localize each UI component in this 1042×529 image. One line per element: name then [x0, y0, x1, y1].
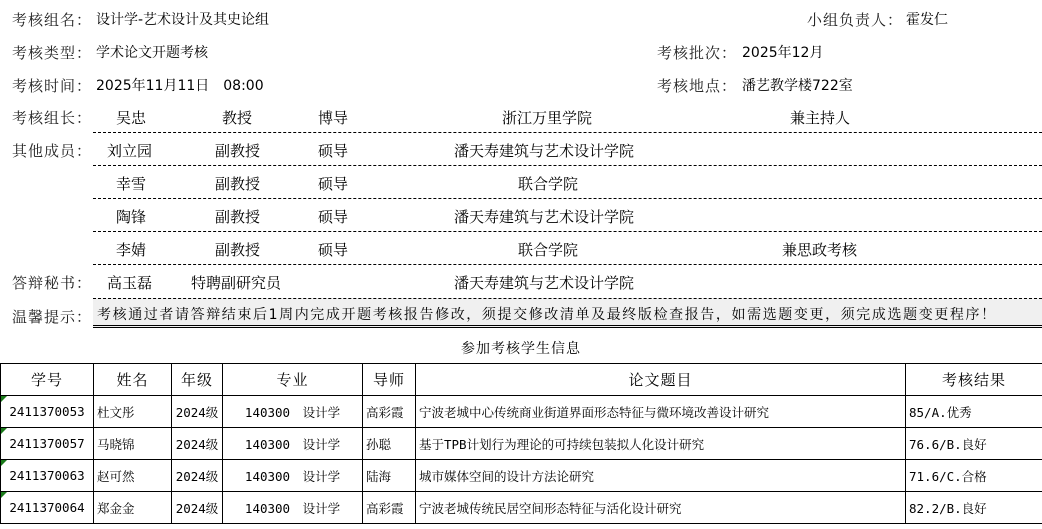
column-header-advisor: 导师	[363, 364, 416, 396]
column-header-result: 考核结果	[906, 364, 1042, 396]
student-thesis-cell[interactable]: 宁波老城中心传统商业街道界面形态特征与微环境改善设计研究	[416, 396, 906, 428]
member-college: 浙江万里学院	[502, 107, 592, 128]
student-thesis-cell[interactable]: 基于TPB计划行为理论的可持续包装拟人化设计研究	[416, 428, 906, 460]
member-note: 兼主持人	[790, 107, 850, 128]
student-grade-cell[interactable]: 2024级	[172, 428, 223, 460]
type-value: 学术论文开题考核	[96, 42, 208, 62]
student-major-cell[interactable]: 140300 设计学	[223, 492, 363, 524]
member-name: 高玉磊	[107, 272, 152, 293]
tip-label: 温馨提示：	[12, 306, 92, 327]
student-name-cell[interactable]: 杜文彤	[94, 396, 172, 428]
member-college: 联合学院	[518, 173, 578, 194]
student-advisor-cell[interactable]: 高彩霞	[363, 396, 416, 428]
student-result-cell[interactable]: 76.6/B.良好	[906, 428, 1042, 460]
member-supervisor: 硕导	[318, 173, 348, 194]
committee-head-row: 考核组长： 吴忠 教授 博导 浙江万里学院 兼主持人	[0, 100, 1042, 133]
member-title: 副教授	[215, 173, 260, 194]
member-title: 特聘副研究员	[191, 272, 281, 293]
table-row: 2411370057 马晓锦 2024级 140300 设计学 孙聪 基于TPB…	[1, 428, 1042, 460]
group-name-label: 考核组名：	[12, 9, 92, 30]
committee-member-row: 幸雪 副教授 硕导 联合学院	[0, 166, 1042, 199]
committee-member-row: 陶锋 副教授 硕导 潘天寿建筑与艺术设计学院	[0, 199, 1042, 232]
student-major-cell[interactable]: 140300 设计学	[223, 396, 363, 428]
student-result-cell[interactable]: 85/A.优秀	[906, 396, 1042, 428]
student-thesis-cell[interactable]: 宁波老城传统民居空间形态特征与活化设计研究	[416, 492, 906, 524]
cell-marker-icon	[1, 492, 7, 498]
member-name: 吴忠	[116, 107, 146, 128]
member-title: 副教授	[215, 140, 260, 161]
time-label: 考核时间：	[12, 75, 92, 96]
column-header-grade: 年级	[172, 364, 223, 396]
member-college: 潘天寿建筑与艺术设计学院	[454, 140, 634, 161]
student-name-cell[interactable]: 郑金金	[94, 492, 172, 524]
member-title: 教授	[222, 107, 252, 128]
leader-label: 小组负责人：	[807, 9, 903, 30]
student-grade-cell[interactable]: 2024级	[172, 396, 223, 428]
committee-member-row: 李婧 副教授 硕导 联合学院 兼思政考核	[0, 232, 1042, 265]
group-name-value: 设计学-艺术设计及其史论组	[96, 9, 269, 29]
cell-marker-icon	[1, 428, 7, 434]
table-header-row: 学号 姓名 年级 专业 导师 论文题目 考核结果	[1, 364, 1042, 396]
committee-member-row: 其他成员： 刘立园 副教授 硕导 潘天寿建筑与艺术设计学院	[0, 133, 1042, 166]
student-advisor-cell[interactable]: 陆海	[363, 460, 416, 492]
students-table: 学号 姓名 年级 专业 导师 论文题目 考核结果 2411370053 杜文彤 …	[0, 363, 1042, 524]
student-major-cell[interactable]: 140300 设计学	[223, 460, 363, 492]
student-result-cell[interactable]: 71.6/C.合格	[906, 460, 1042, 492]
member-college: 联合学院	[518, 239, 578, 260]
leader-value: 霍发仁	[906, 9, 948, 29]
member-name: 李婧	[116, 239, 146, 260]
batch-label: 考核批次：	[657, 42, 737, 63]
table-row: 2411370053 杜文彤 2024级 140300 设计学 高彩霞 宁波老城…	[1, 396, 1042, 428]
student-major-cell[interactable]: 140300 设计学	[223, 428, 363, 460]
member-name: 刘立园	[107, 140, 152, 161]
student-grade-cell[interactable]: 2024级	[172, 492, 223, 524]
type-label: 考核类型：	[12, 42, 92, 63]
time-value: 2025年11月11日 08:00	[96, 75, 264, 95]
student-id-cell[interactable]: 2411370057	[1, 428, 94, 460]
secretary-label: 答辩秘书：	[12, 272, 92, 293]
cell-marker-icon	[1, 396, 7, 402]
tip-text: 考核通过者请答辩结束后1周内完成开题考核报告修改，须提交修改清单及最终版检查报告…	[97, 304, 997, 324]
table-row: 2411370064 郑金金 2024级 140300 设计学 高彩霞 宁波老城…	[1, 492, 1042, 524]
student-name-cell[interactable]: 马晓锦	[94, 428, 172, 460]
column-header-name: 姓名	[94, 364, 172, 396]
member-name: 幸雪	[116, 173, 146, 194]
students-section-title: 参加考核学生信息	[0, 338, 1042, 358]
member-supervisor: 硕导	[318, 206, 348, 227]
student-advisor-cell[interactable]: 高彩霞	[363, 492, 416, 524]
student-thesis-cell[interactable]: 城市媒体空间的设计方法论研究	[416, 460, 906, 492]
location-label: 考核地点：	[657, 75, 737, 96]
cell-marker-icon	[1, 460, 7, 466]
column-header-major: 专业	[223, 364, 363, 396]
column-header-id: 学号	[1, 364, 94, 396]
student-id-cell[interactable]: 2411370064	[1, 492, 94, 524]
student-name-cell[interactable]: 赵可然	[94, 460, 172, 492]
member-college: 潘天寿建筑与艺术设计学院	[454, 206, 634, 227]
members-label: 其他成员：	[12, 140, 92, 161]
batch-value: 2025年12月	[742, 42, 823, 62]
member-supervisor: 博导	[318, 107, 348, 128]
student-id-cell[interactable]: 2411370053	[1, 396, 94, 428]
head-label: 考核组长：	[12, 107, 92, 128]
table-row: 2411370063 赵可然 2024级 140300 设计学 陆海 城市媒体空…	[1, 460, 1042, 492]
student-advisor-cell[interactable]: 孙聪	[363, 428, 416, 460]
secretary-row: 答辩秘书： 高玉磊 特聘副研究员 潘天寿建筑与艺术设计学院	[0, 265, 1042, 298]
location-value: 潘艺教学楼722室	[742, 75, 853, 95]
member-supervisor: 硕导	[318, 239, 348, 260]
student-grade-cell[interactable]: 2024级	[172, 460, 223, 492]
member-note: 兼思政考核	[782, 239, 857, 260]
tip-box: 考核通过者请答辩结束后1周内完成开题考核报告修改，须提交修改清单及最终版检查报告…	[93, 298, 1042, 328]
student-result-cell[interactable]: 82.2/B.良好	[906, 492, 1042, 524]
member-title: 副教授	[215, 239, 260, 260]
member-name: 陶锋	[116, 206, 146, 227]
column-header-thesis: 论文题目	[416, 364, 906, 396]
member-supervisor: 硕导	[318, 140, 348, 161]
member-college: 潘天寿建筑与艺术设计学院	[454, 272, 634, 293]
member-title: 副教授	[215, 206, 260, 227]
student-id-cell[interactable]: 2411370063	[1, 460, 94, 492]
